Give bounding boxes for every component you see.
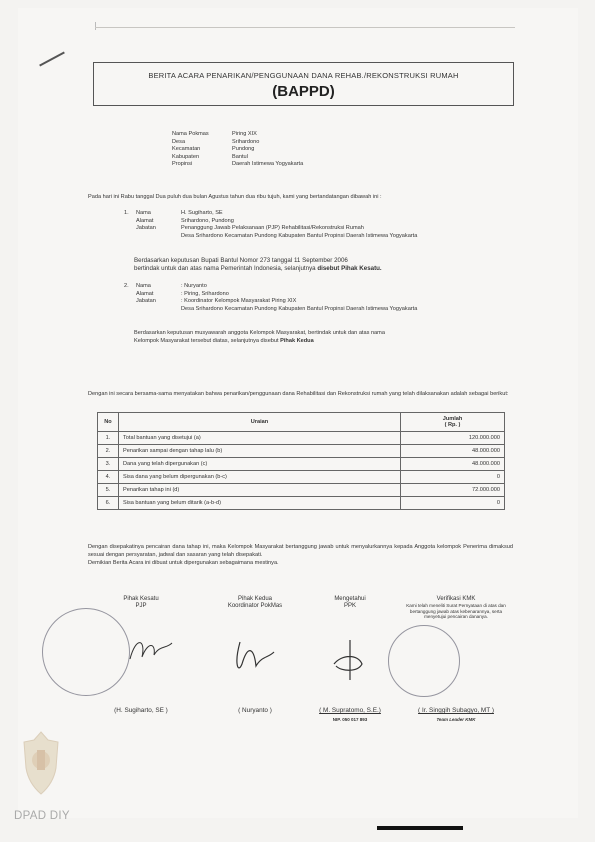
table-row: 5.Penarikan tahap ini (d)72.000.000: [98, 484, 505, 497]
table-row: 6.Sisa bantuan yang belum ditarik (a-b-d…: [98, 497, 505, 510]
fund-table: No Uraian Jumlah( Rp. ) 1.Total bantuan …: [97, 412, 505, 510]
official-stamp-left: [42, 608, 130, 696]
closing-text: Dengan disepakatinya pencairan dana taha…: [88, 544, 513, 567]
party1-fields: NamaH. Sugiharto, SE AlamatSrihardono, P…: [136, 210, 514, 240]
table-row: 2.Penarikan sampai dengan tahap lalu (b)…: [98, 445, 505, 458]
signature-mark: [228, 634, 288, 679]
document-abbreviation: (BAPPD): [94, 83, 513, 100]
official-stamp-right: [388, 625, 460, 697]
title-box: BERITA ACARA PENARIKAN/PENGGUNAAN DANA R…: [93, 62, 514, 106]
table-row: 3.Dana yang telah dipergunakan (c)48.000…: [98, 458, 505, 471]
decorative-tick: [95, 22, 96, 30]
party2-fields: Nama: Nuryanto Alamat: Piring, Srihardon…: [136, 283, 514, 313]
intro-text: Pada hari ini Rabu tanggal Dua puluh dua…: [88, 194, 513, 202]
header-rule: [95, 27, 515, 28]
signature-mark: [126, 631, 176, 671]
document-title: BERITA ACARA PENARIKAN/PENGGUNAAN DANA R…: [94, 71, 513, 80]
party1-basis: Berdasarkan keputusan Bupati Bantul Nomo…: [134, 257, 514, 273]
table-row: 1.Total bantuan yang disetujui (a)120.00…: [98, 432, 505, 445]
bottom-bar: [377, 826, 463, 830]
table-row: 4.Sisa dana yang belum dipergunakan (b-c…: [98, 471, 505, 484]
statement-text: Dengan ini secara bersama-sama menyataka…: [88, 391, 513, 399]
signature-mark: [328, 636, 373, 686]
party1-number: 1.: [124, 210, 129, 218]
pokmas-info: Nama PokmasPiring XIX DesaSrihardono Kec…: [172, 131, 303, 169]
signature-mengetahui: Mengetahui PPK ( M. Supratomo, S.E.) NIP…: [310, 596, 390, 726]
table-header-row: No Uraian Jumlah( Rp. ): [98, 413, 505, 432]
signature-pihak-kedua: Pihak Kedua Koordinator PokMas ( Nuryant…: [210, 596, 300, 726]
party2-basis: Berdasarkan keputusan musyawarah anggota…: [134, 330, 514, 346]
watermark-text: DPAD DIY: [14, 810, 70, 822]
dpad-emblem-icon: [18, 728, 64, 798]
party2-number: 2.: [124, 283, 129, 291]
